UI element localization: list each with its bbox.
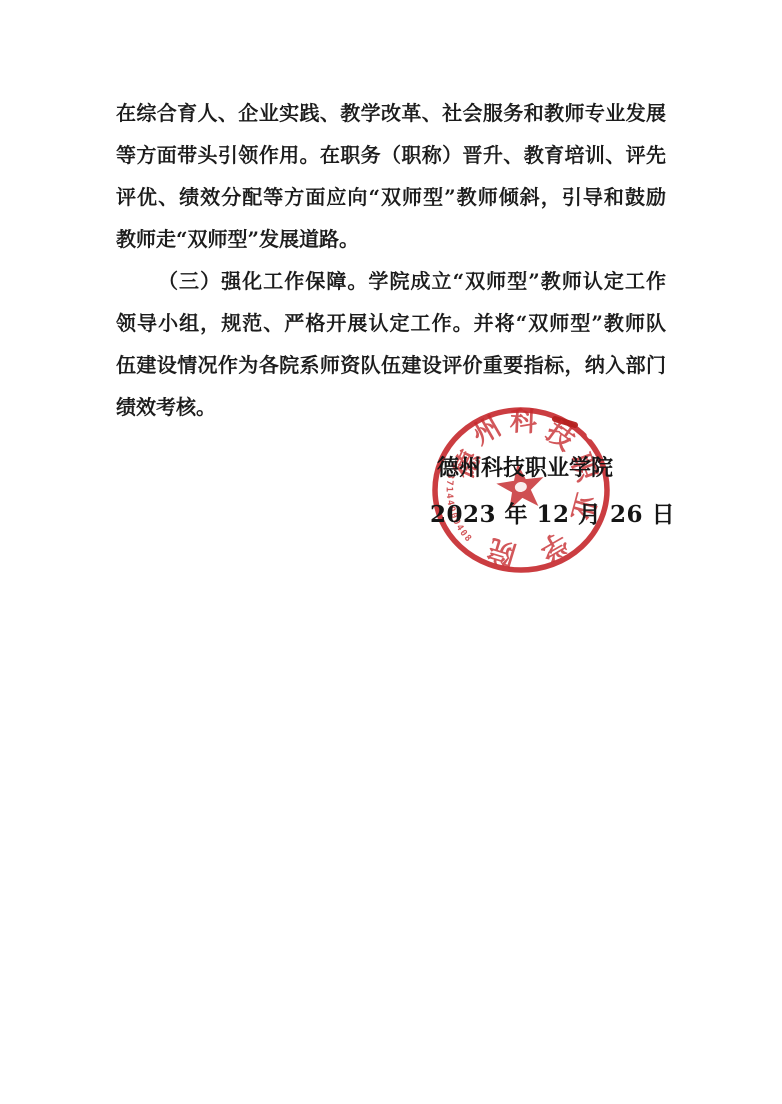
body-text-line: 等方面带头引领作用。在职务（职称）晋升、教育培训、评先: [116, 134, 666, 176]
signature-name: 德州科技职业学院: [437, 451, 613, 482]
body-text-line: （三）强化工作保障。学院成立“双师型”教师认定工作: [116, 260, 666, 302]
body-text-line: 评优、绩效分配等方面应向“双师型”教师倾斜，引导和鼓励: [116, 176, 666, 218]
seal-ring-break: [587, 429, 598, 440]
body-text-line: 伍建设情况作为各院系师资队伍建设评价重要指标，纳入部门: [116, 344, 666, 386]
body-text-line: 领导小组，规范、严格开展认定工作。并将“双师型”教师队: [116, 302, 666, 344]
body-text-line: 教师走“双师型”发展道路。: [116, 218, 666, 260]
document-body: 在综合育人、企业实践、教学改革、社会服务和教师专业发展 等方面带头引领作用。在职…: [116, 92, 666, 428]
body-text-line: 在综合育人、企业实践、教学改革、社会服务和教师专业发展: [116, 92, 666, 134]
document-page: 在综合育人、企业实践、教学改革、社会服务和教师专业发展 等方面带头引领作用。在职…: [0, 0, 782, 1104]
official-seal: 德 州 科 技 职 业 学 院 37144000408: [426, 398, 616, 586]
seal-ring-char: 州: [468, 411, 507, 451]
seal-ring-char: 院: [485, 532, 520, 570]
seal-ring-char: 科: [509, 406, 537, 438]
signature-date: 2023 年 12 月 26 日: [430, 496, 675, 529]
